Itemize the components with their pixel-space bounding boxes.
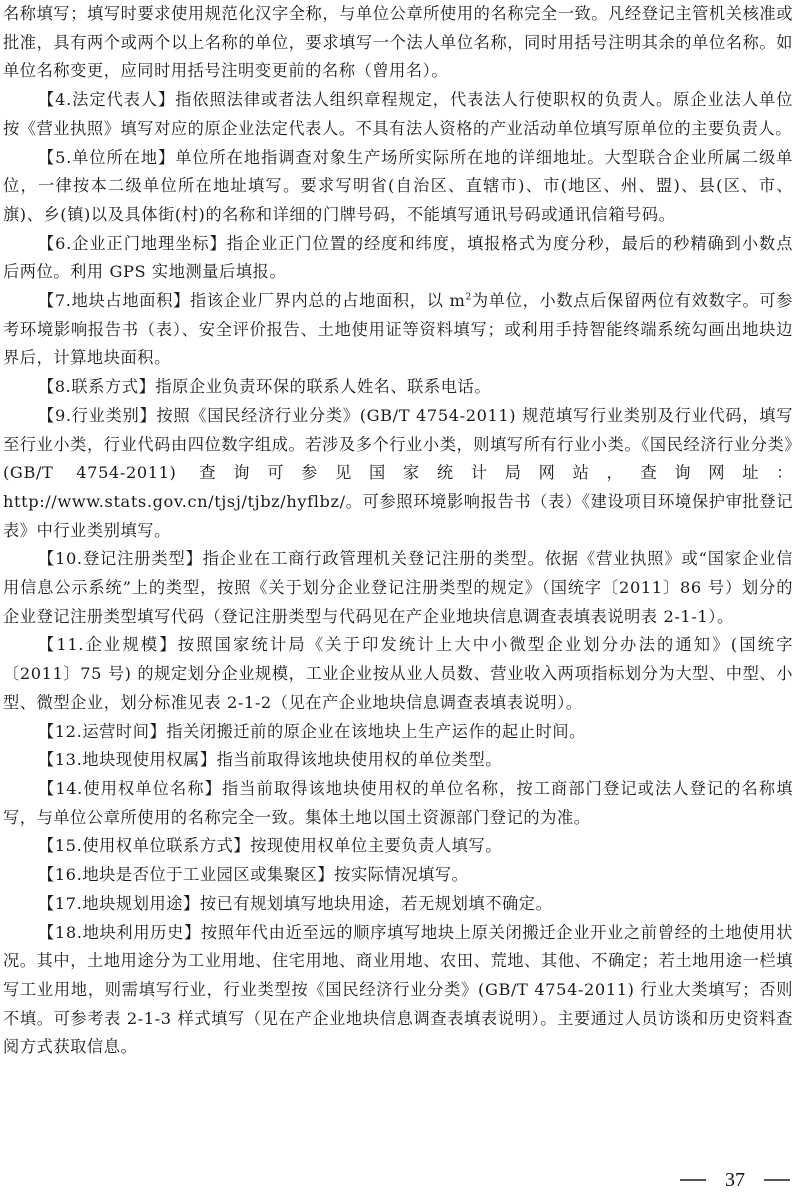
item-label: 【17.地块规划用途】 bbox=[38, 894, 200, 913]
paragraph-text: 名称填写；填写时要求使用规范化汉字全称，与单位公章所使用的名称完全一致。凡经登记… bbox=[3, 4, 793, 80]
item-label: 【9.行业类别】 bbox=[38, 406, 156, 425]
paragraph-name-continuation: 名称填写；填写时要求使用规范化汉字全称，与单位公章所使用的名称完全一致。凡经登记… bbox=[3, 0, 793, 86]
document-page: 名称填写；填写时要求使用规范化汉字全称，与单位公章所使用的名称完全一致。凡经登记… bbox=[3, 0, 793, 1062]
paragraph-planned-use: 【17.地块规划用途】按已有规划填写地块用途，若无规划填不确定。 bbox=[3, 890, 793, 919]
item-label: 【8.联系方式】 bbox=[38, 377, 155, 396]
item-label: 【10.登记注册类型】 bbox=[38, 549, 203, 568]
paragraph-registration-type: 【10.登记注册类型】指企业在工商行政管理机关登记注册的类型。依据《营业执照》或… bbox=[3, 545, 793, 631]
page-footer: 37 bbox=[680, 1168, 790, 1192]
paragraph-user-unit-contact: 【15.使用权单位联系方式】按现使用权单位主要负责人填写。 bbox=[3, 832, 793, 861]
item-label: 【14.使用权单位名称】 bbox=[38, 779, 222, 798]
paragraph-text: 指该企业厂界内总的占地面积，以 m bbox=[190, 291, 465, 310]
item-label: 【7.地块占地面积】 bbox=[38, 291, 190, 310]
paragraph-text: 按实际情况填写。 bbox=[334, 865, 468, 884]
paragraph-text: 指原企业负责环保的联系人姓名、联系电话。 bbox=[155, 377, 491, 396]
paragraph-land-area: 【7.地块占地面积】指该企业厂界内总的占地面积，以 m2为单位，小数点后保留两位… bbox=[3, 287, 793, 373]
item-label: 【15.使用权单位联系方式】 bbox=[38, 836, 250, 855]
item-label: 【11.企业规模】 bbox=[38, 635, 178, 654]
paragraph-text: 按照年代由近至远的顺序填写地块上原关闭搬迁企业开业之前曾经的土地使用状况。其中，… bbox=[3, 923, 793, 1057]
paragraph-current-ownership: 【13.地块现使用权属】指当前取得该地块使用权的单位类型。 bbox=[3, 746, 793, 775]
paragraph-text: 按现使用权单位主要负责人填写。 bbox=[250, 836, 502, 855]
item-label: 【13.地块现使用权属】 bbox=[38, 750, 217, 769]
item-label: 【6.企业正门地理坐标】 bbox=[38, 234, 227, 253]
paragraph-text: 按已有规划填写地块用途，若无规划填不确定。 bbox=[200, 894, 553, 913]
paragraph-user-unit-name: 【14.使用权单位名称】指当前取得该地块使用权的单位名称，按工商部门登记或法人登… bbox=[3, 775, 793, 832]
item-label: 【12.运营时间】 bbox=[38, 722, 166, 741]
item-label: 【18.地块利用历史】 bbox=[38, 923, 201, 942]
page-number: 37 bbox=[725, 1169, 745, 1192]
paragraph-industry-category: 【9.行业类别】按照《国民经济行业分类》(GB/T 4754-2011) 规范填… bbox=[3, 402, 793, 546]
paragraph-contact: 【8.联系方式】指原企业负责环保的联系人姓名、联系电话。 bbox=[3, 373, 793, 402]
paragraph-text: 按照《国民经济行业分类》(GB/T 4754-2011) 规范填写行业类别及行业… bbox=[3, 406, 793, 540]
footer-dash-left bbox=[680, 1179, 706, 1181]
paragraph-land-use-history: 【18.地块利用历史】按照年代由近至远的顺序填写地块上原关闭搬迁企业开业之前曾经… bbox=[3, 919, 793, 1063]
item-label: 【4.法定代表人】 bbox=[38, 90, 175, 109]
paragraph-text: 指当前取得该地块使用权的单位类型。 bbox=[217, 750, 502, 769]
paragraph-enterprise-scale: 【11.企业规模】按照国家统计局《关于印发统计上大中小微型企业划分办法的通知》(… bbox=[3, 631, 793, 717]
paragraph-industrial-park: 【16.地块是否位于工业园区或集聚区】按实际情况填写。 bbox=[3, 861, 793, 890]
footer-dash-right bbox=[764, 1179, 790, 1181]
paragraph-unit-location: 【5.单位所在地】单位所在地指调查对象生产场所实际所在地的详细地址。大型联合企业… bbox=[3, 144, 793, 230]
item-label: 【16.地块是否位于工业园区或集聚区】 bbox=[38, 865, 334, 884]
item-label: 【5.单位所在地】 bbox=[38, 148, 175, 167]
paragraph-operation-time: 【12.运营时间】指关闭搬迁前的原企业在该地块上生产运作的起止时间。 bbox=[3, 718, 793, 747]
paragraph-gate-coordinates: 【6.企业正门地理坐标】指企业正门位置的经度和纬度，填报格式为度分秒，最后的秒精… bbox=[3, 230, 793, 287]
paragraph-text: 指关闭搬迁前的原企业在该地块上生产运作的起止时间。 bbox=[166, 722, 586, 741]
paragraph-legal-representative: 【4.法定代表人】指依照法律或者法人组织章程规定，代表法人行使职权的负责人。原企… bbox=[3, 86, 793, 143]
